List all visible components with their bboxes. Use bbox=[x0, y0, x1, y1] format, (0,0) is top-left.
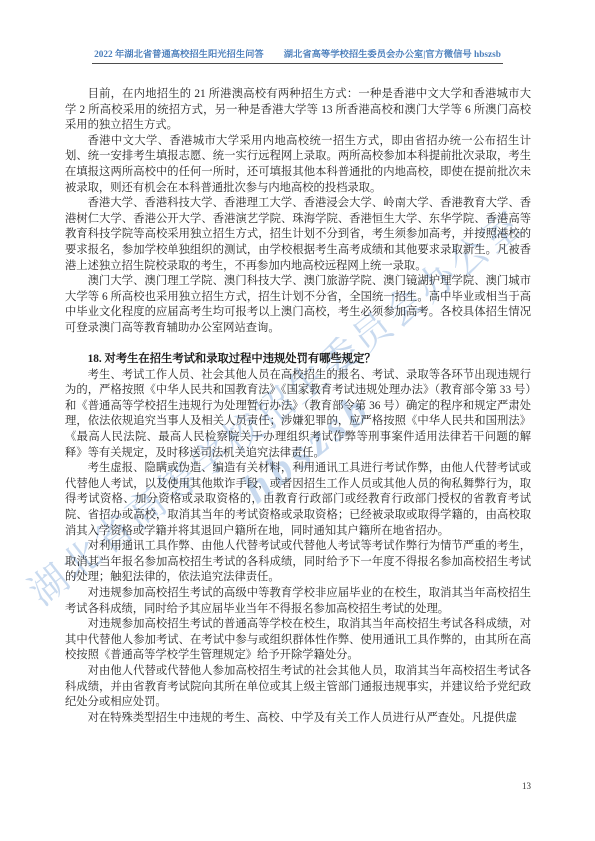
page-header: 2022 年湖北省普通高校招生阳光招生问答湖北省高等学校招生委员会办公室|官方微… bbox=[0, 44, 595, 64]
paragraph: 香港中文大学、香港城市大学采用内地高校统一招生方式，即由省招办统一公布招生计划、… bbox=[65, 134, 531, 196]
paragraph: 对违规参加高校招生考试的普通高等学校在校生，取消其当年高校招生考试各科成绩，对其… bbox=[65, 617, 531, 664]
document-content: 目前，在内地招生的 21 所港澳高校有两种招生方式：一种是香港中文大学和香港城市… bbox=[65, 87, 531, 777]
paragraph: 香港大学、香港科技大学、香港理工大学、香港浸会大学、岭南大学、香港教育大学、香港… bbox=[65, 196, 531, 274]
paragraph: 对利用通讯工具作弊、由他人代替考试或代替他人考试等考试作弊行为情节严重的考生，取… bbox=[65, 539, 531, 586]
question-heading: 18. 对考生在招生考试和录取过程中违规处罚有哪些规定？ bbox=[65, 352, 531, 368]
paragraph: 考生虚报、隐瞒或伪造、编造有关材料，利用通讯工具进行考试作弊，由他人代替考试或代… bbox=[65, 461, 531, 539]
paragraph: 对违规参加高校招生考试的高级中等教育学校非应届毕业的在校生，取消其当年高校招生考… bbox=[65, 586, 531, 617]
paragraph: 对在特殊类型招生中违规的考生、高校、中学及有关工作人员进行从严查处。凡提供虚 bbox=[65, 711, 531, 727]
paragraph: 澳门大学、澳门理工学院、澳门科技大学、澳门旅游学院、澳门镜湖护理学院、澳门城市大… bbox=[65, 274, 531, 336]
header-title-right: 湖北省高等学校招生委员会办公室|官方微信号 hbszsb bbox=[284, 50, 501, 60]
document-page: 湖北省高等学校招生委员会办公室 hbszsb 2022 年湖北省普通高校招生阳光… bbox=[0, 0, 595, 841]
paragraph: 考生、考试工作人员、社会其他人员在高校招生的报名、考试、录取等各环节出现违规行为… bbox=[65, 368, 531, 462]
header-title-left: 2022 年湖北省普通高校招生阳光招生问答 bbox=[94, 50, 264, 60]
paragraph: 目前，在内地招生的 21 所港澳高校有两种招生方式：一种是香港中文大学和香港城市… bbox=[65, 87, 531, 134]
paragraph: 对由他人代替或代替他人参加高校招生考试的社会其他人员，取消其当年高校招生考试各科… bbox=[65, 664, 531, 711]
header-underlined-title: 2022 年湖北省普通高校招生阳光招生问答湖北省高等学校招生委员会办公室|官方微… bbox=[92, 46, 503, 64]
page-number: 13 bbox=[522, 781, 531, 791]
